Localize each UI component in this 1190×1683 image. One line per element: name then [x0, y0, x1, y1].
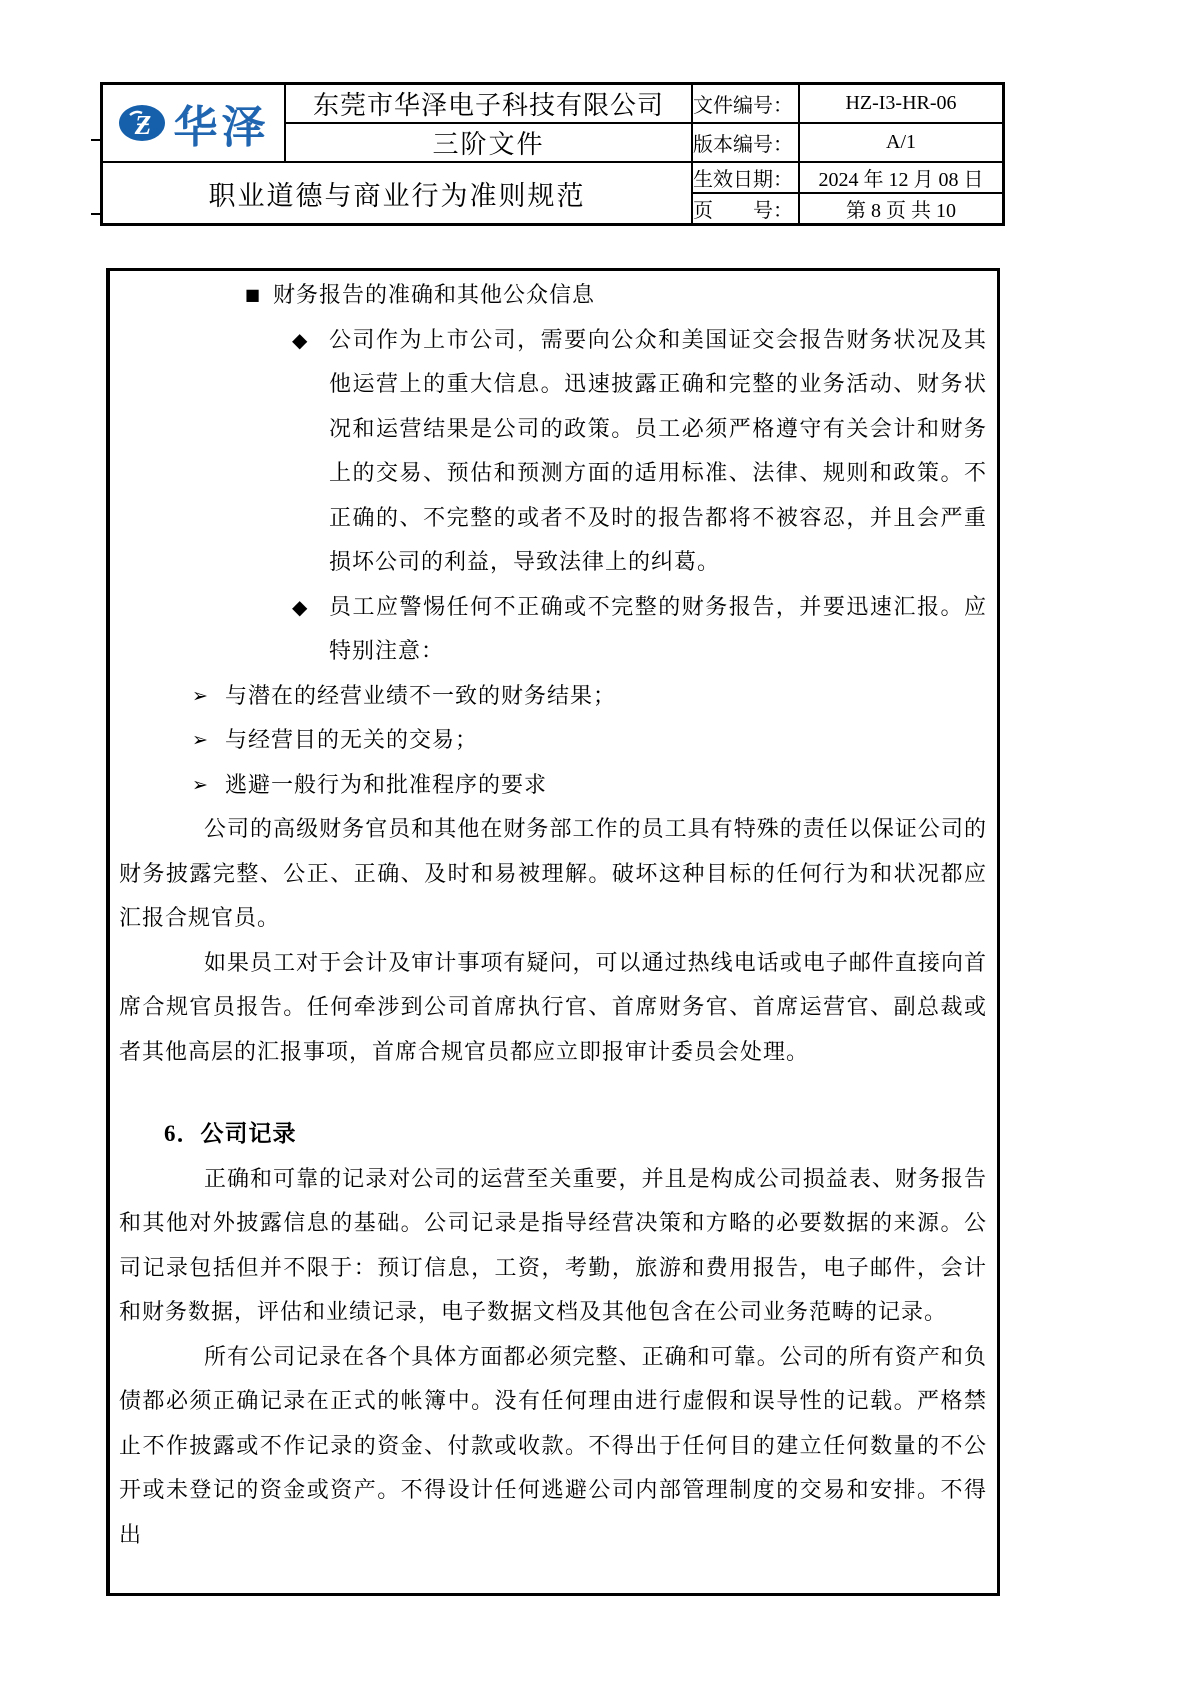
effective-date-label: 生效日期：	[692, 162, 799, 193]
document-title: 职业道德与商业行为准则规范	[102, 162, 693, 225]
document-header-table: Ƶ 华泽 东莞市华泽电子科技有限公司 文件编号： HZ-I3-HR-06 三阶文…	[100, 82, 1005, 226]
list-item-square: ■ 财务报告的准确和其他公众信息	[119, 273, 987, 318]
list-item-diamond: ◆ 员工应警惕任何不正确或不完整的财务报告，并要迅速汇报。应特别注意：	[119, 585, 987, 674]
list-item-text: 公司作为上市公司，需要向公众和美国证交会报告财务状况及其他运营上的重大信息。迅速…	[329, 327, 987, 575]
huaze-logo-icon: Ƶ	[118, 102, 168, 144]
page-number-label: 页 号：	[692, 193, 799, 225]
logo-cell: Ƶ 华泽	[102, 84, 286, 163]
list-item-text: 与潜在的经营业绩不一致的财务结果；	[225, 683, 616, 708]
list-item-text: 与经营目的无关的交易；	[225, 727, 478, 752]
version-value: A/1	[799, 123, 1004, 162]
list-item-text: 员工应警惕任何不正确或不完整的财务报告，并要迅速汇报。应特别注意：	[329, 594, 987, 664]
diamond-bullet-icon: ◆	[292, 318, 308, 363]
arrow-bullet-icon: ➢	[192, 718, 209, 763]
margin-tick	[91, 139, 100, 141]
paragraph: 正确和可靠的记录对公司的运营至关重要，并且是构成公司损益表、财务报告和其他对外披…	[119, 1157, 987, 1335]
company-name: 东莞市华泽电子科技有限公司	[285, 84, 692, 124]
paragraph: 如果员工对于会计及审计事项有疑问，可以通过热线电话或电子邮件直接向首席合规官员报…	[119, 941, 987, 1075]
doc-stage: 三阶文件	[285, 123, 692, 162]
diamond-bullet-icon: ◆	[292, 585, 308, 630]
list-item-arrow: ➢ 逃避一般行为和批准程序的要求	[119, 763, 987, 808]
document-page: Ƶ 华泽 东莞市华泽电子科技有限公司 文件编号： HZ-I3-HR-06 三阶文…	[0, 0, 1190, 1683]
arrow-bullet-icon: ➢	[192, 674, 209, 719]
doc-number-label: 文件编号：	[692, 84, 799, 124]
page-number-value: 第 8 页 共 10	[799, 193, 1004, 225]
margin-tick	[91, 213, 100, 215]
list-item-arrow: ➢ 与经营目的无关的交易；	[119, 718, 987, 763]
paragraph: 所有公司记录在各个具体方面都必须完整、正确和可靠。公司的所有资产和负债都必须正确…	[119, 1335, 987, 1558]
document-body-box: ■ 财务报告的准确和其他公众信息 ◆ 公司作为上市公司，需要向公众和美国证交会报…	[106, 268, 1000, 1596]
list-item-text: 逃避一般行为和批准程序的要求	[225, 772, 547, 797]
version-label: 版本编号：	[692, 123, 799, 162]
list-item-arrow: ➢ 与潜在的经营业绩不一致的财务结果；	[119, 674, 987, 719]
arrow-bullet-icon: ➢	[192, 763, 209, 808]
document-body: ■ 财务报告的准确和其他公众信息 ◆ 公司作为上市公司，需要向公众和美国证交会报…	[119, 273, 987, 1557]
square-bullet-icon: ■	[245, 273, 261, 318]
section-heading: 6．公司记录	[164, 1112, 987, 1157]
paragraph: 公司的高级财务官员和其他在财务部工作的员工具有特殊的责任以保证公司的财务披露完整…	[119, 807, 987, 941]
svg-text:Ƶ: Ƶ	[133, 110, 151, 140]
doc-number-value: HZ-I3-HR-06	[799, 84, 1004, 124]
list-item-text: 财务报告的准确和其他公众信息	[273, 282, 595, 307]
list-item-diamond: ◆ 公司作为上市公司，需要向公众和美国证交会报告财务状况及其他运营上的重大信息。…	[119, 318, 987, 585]
logo-text: 华泽	[174, 91, 270, 155]
effective-date-value: 2024 年 12 月 08 日	[799, 162, 1004, 193]
